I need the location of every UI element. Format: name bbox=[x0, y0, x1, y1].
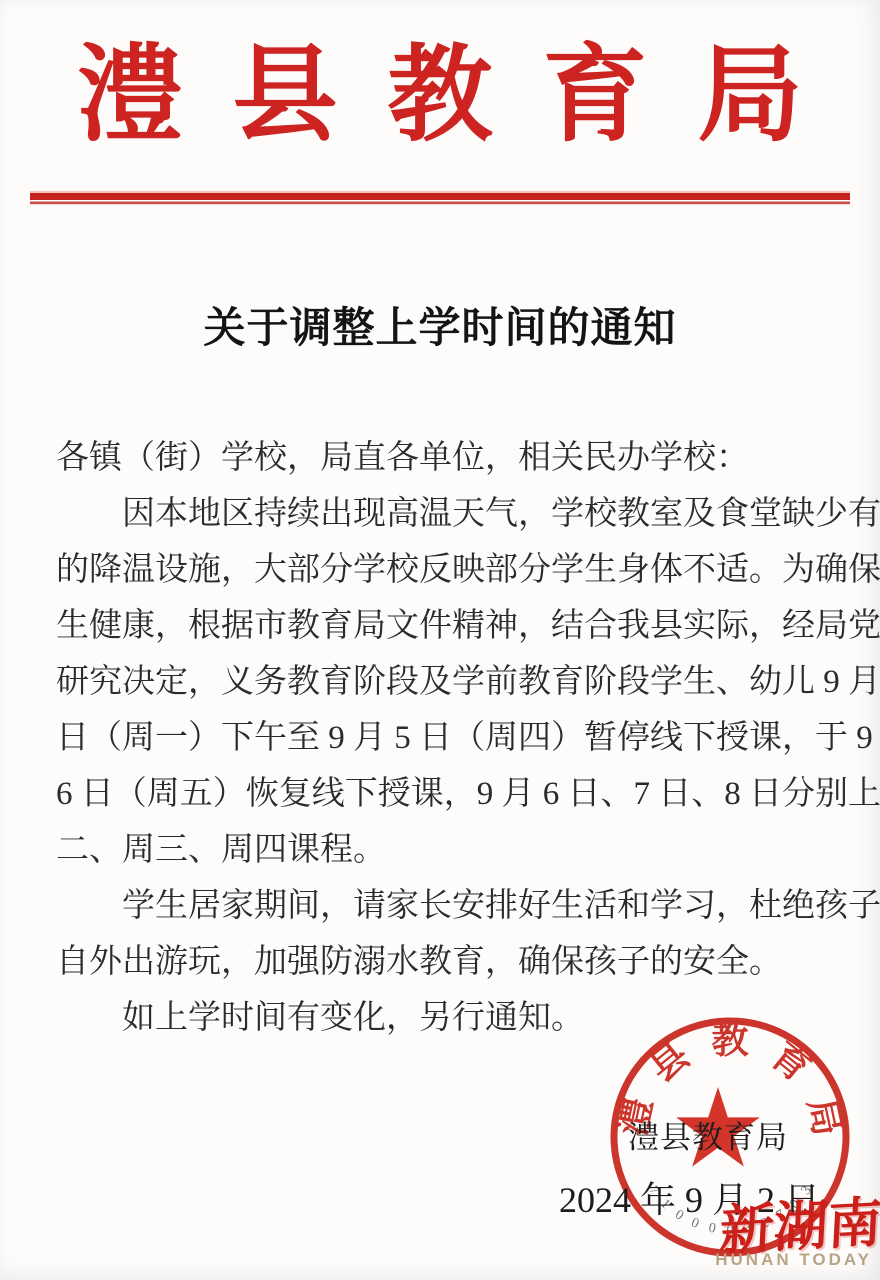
body-line: 自外出游玩，加强防溺水教育，确保孩子的安全。 bbox=[56, 934, 826, 990]
seal-arc-char: 县 bbox=[642, 1034, 697, 1090]
seal-arc-char: 育 bbox=[763, 1034, 818, 1090]
hunan-today-caption: HUNAN TODAY bbox=[715, 1250, 872, 1270]
seal-digit: 0 bbox=[707, 1221, 717, 1237]
document-body: 各镇（街）学校，局直各单位，相关民办学校： 因本地区持续出现高温天气，学校教室及… bbox=[56, 430, 826, 1046]
letterhead-rule bbox=[30, 191, 850, 205]
body-line: 学生居家期间，请家长安排好生活和学习，杜绝孩子私 bbox=[56, 878, 826, 934]
seal-arc-char: 局 bbox=[800, 1095, 848, 1140]
body-line: 各镇（街）学校，局直各单位，相关民办学校： bbox=[56, 430, 826, 486]
body-line: 6 日（周五）恢复线下授课，9 月 6 日、7 日、8 日分别上周 bbox=[56, 766, 826, 822]
document-title: 关于调整上学时间的通知 bbox=[0, 295, 880, 355]
seal-arc-char: 教 bbox=[712, 1020, 750, 1062]
body-line: 二、周三、周四课程。 bbox=[56, 822, 826, 878]
document-page: 澧县教育局 关于调整上学时间的通知 各镇（街）学校，局直各单位，相关民办学校： … bbox=[0, 0, 880, 1280]
body-line: 研究决定，义务教育阶段及学前教育阶段学生、幼儿 9 月 2 bbox=[56, 654, 826, 710]
body-line: 的降温设施，大部分学校反映部分学生身体不适。为确保师 bbox=[56, 542, 826, 598]
body-line: 生健康，根据市教育局文件精神，结合我县实际，经局党组 bbox=[56, 598, 826, 654]
signature-org: 澧县教育局 bbox=[628, 1112, 788, 1157]
body-line: 因本地区持续出现高温天气，学校教室及食堂缺少有效 bbox=[56, 486, 826, 542]
letterhead-title: 澧县教育局 bbox=[0, 38, 880, 153]
body-line: 日（周一）下午至 9 月 5 日（周四）暂停线下授课，于 9 月 bbox=[56, 710, 826, 766]
